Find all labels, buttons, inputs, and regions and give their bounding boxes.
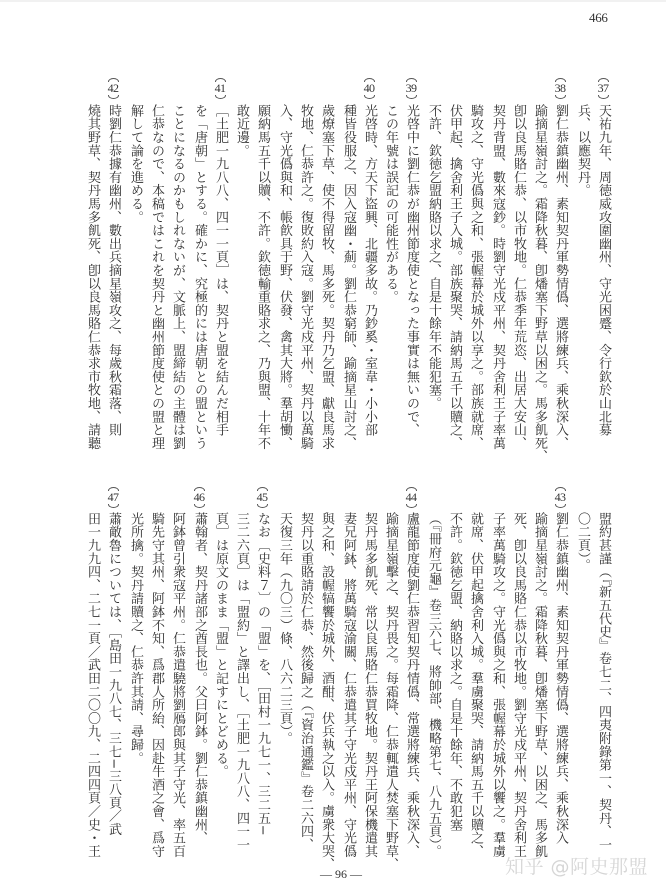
note-number: 47 xyxy=(106,491,120,504)
note-number: 46 xyxy=(192,491,206,504)
note-44-line: 踰摘星嶺擊之、契丹畏之。每霜降、仁恭輒遣人焚塞下野草、 xyxy=(383,512,397,871)
note-43-line: 死、卽以良馬賂仁恭以市牧地。劉守光戍平州、契丹舍利王 xyxy=(511,512,525,858)
note-44-line: 契丹馬多飢死、常以良馬賂仁恭買牧地。契丹王阿保機遣其 xyxy=(362,512,376,858)
paren-close-icon xyxy=(108,504,119,508)
note-44-line: 契丹以重賂請於仁恭、然後歸之（『資治通鑑』卷二六四、 xyxy=(298,512,312,851)
note-42-line: 盟約甚謹（『新五代史』卷七二、四夷附錄第一、契丹、一 xyxy=(596,512,610,851)
note-46-line: 光所擒。契丹請贖之、仁恭許其請、尋歸。 xyxy=(128,512,142,765)
note-45-line: なお〔史料７〕の「盟」を、［田村一九七一、三二五− xyxy=(255,512,269,836)
note-43-line: 子率萬騎攻之。守光僞與之和、張幄幕於城外以饗之。羣虜 xyxy=(490,512,504,858)
note-43-line: 不許。欽徳乞盟、納賂以求之。自是十餘年、不敢犯塞 xyxy=(447,512,461,831)
note-marker-46: 46 xyxy=(192,487,206,509)
document-page: 466 37 天祐九年、周徳威攻圍幽州、守光困蹙、令行欽於山北募 兵、以應契丹。… xyxy=(0,0,666,893)
paren-close-icon xyxy=(406,504,417,508)
page-footer-number: — 96 — xyxy=(320,867,362,882)
watermark: 知乎 @阿史那盟 xyxy=(505,852,648,879)
note-number: 43 xyxy=(553,491,567,504)
paren-close-icon xyxy=(194,504,205,508)
note-43-line: 踰摘星嶺討之。霜降秋暮、卽燔塞下野草、以困之、馬多飢 xyxy=(532,512,546,858)
note-47-line: 田一九九四、二七一頁／武田二〇〇九、二四四頁／史・王 xyxy=(85,512,99,858)
note-number: 44 xyxy=(404,491,418,504)
note-45-line: 頁］は原文のまま「盟」と記すにとどめる。 xyxy=(213,512,227,778)
note-46-line: 騎先守其州、阿鉢不知、爲郡人所紿、因赴牛酒之會、爲守 xyxy=(149,512,163,858)
paren-close-icon xyxy=(257,504,268,508)
note-43-line: （『冊府元龜』卷三六七、將帥部、機略第七、八九五頁）。 xyxy=(426,512,440,858)
paren-close-icon xyxy=(555,504,566,508)
note-44-line: 天復三年（九〇三）條、八六二三頁）。 xyxy=(277,512,291,745)
note-45-line: 三二六頁］は「盟約」と譯出し、［土肥一九八八、四一一 xyxy=(234,512,248,851)
note-43-line: 就席、伏甲起擒舍利入城。羣虜聚哭、請納馬五千以贖之、 xyxy=(468,512,482,858)
note-marker-44: 44 xyxy=(404,487,418,509)
note-47-line: 蕭敵魯については、［島田一九八七、三七−三八頁／武 xyxy=(106,512,120,836)
note-46-line: 阿鉢曾引衆寇平州。仁恭遣驍將劉鴈郎與其子守光、率五百 xyxy=(170,512,184,858)
note-46-line: 蕭翰者、契丹諸部之酋長也。父曰阿鉢。劉仁恭鎮幽州、 xyxy=(192,512,206,845)
note-number: 45 xyxy=(255,491,269,504)
note-43-line: 劉仁恭鎮幽州、素知契丹軍勢情僞、選將練兵、乘秋深入 xyxy=(553,512,567,845)
note-42-line: 〇二頁）。 xyxy=(575,512,589,572)
note-marker-45: 45 xyxy=(255,487,269,509)
note-marker-47: 47 xyxy=(106,487,120,509)
note-44-line: 與之和、設幄犒饗於城外、酒酣、伏兵執之以入。虜衆大哭、 xyxy=(319,512,333,871)
note-44-line: 盧龍節度使劉仁恭習知契丹情僞、常選將練兵、乘秋深入、 xyxy=(404,512,418,858)
notes-bottom-tier: 盟約甚謹（『新五代史』卷七二、四夷附錄第一、契丹、一 〇二頁）。 43 劉仁恭鎮… xyxy=(0,2,666,893)
note-marker-43: 43 xyxy=(553,487,567,509)
note-44-line: 妻兄阿鉢、將萬騎寇渝關、仁恭遣其子守光戍平州、守光僞 xyxy=(341,512,355,858)
